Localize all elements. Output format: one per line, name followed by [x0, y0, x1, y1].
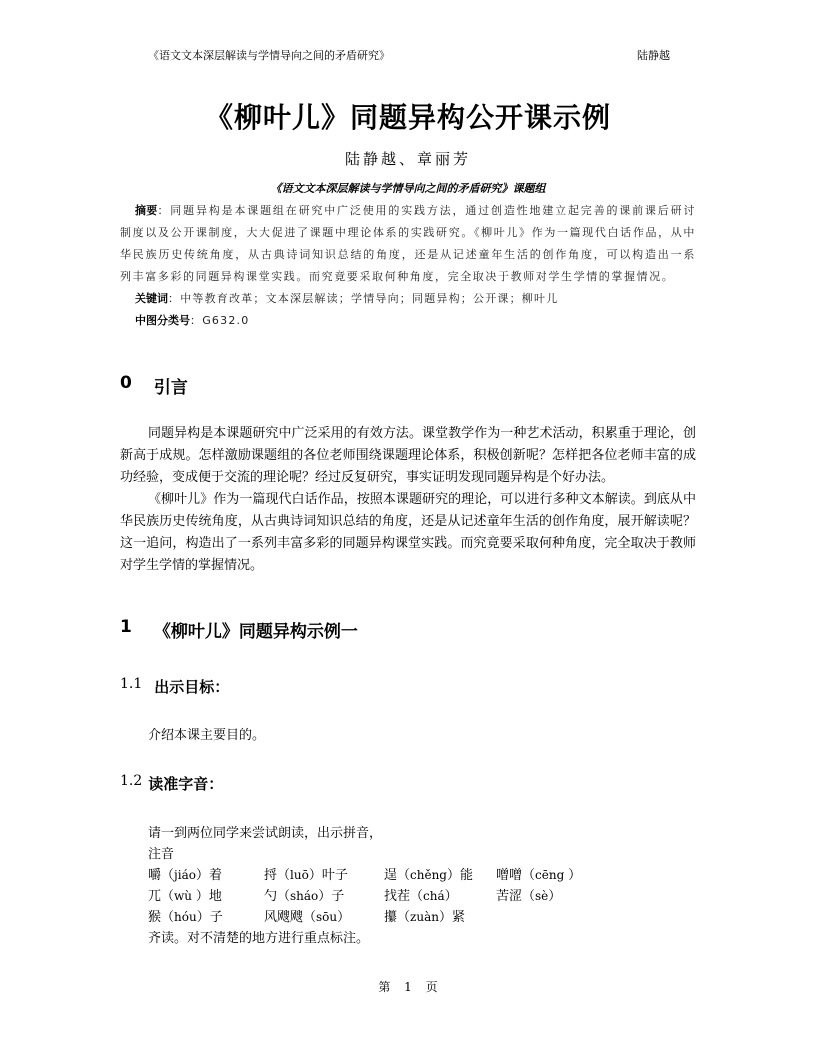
pinyin-item: 攥（zuàn）紧 [384, 907, 496, 928]
section-0-heading: 0 引言 [120, 373, 188, 398]
section-1-heading: 1 《柳叶儿》同题异构示例一 [120, 617, 358, 642]
classification-line: 中图分类号：G632.0 [120, 310, 696, 332]
classification-label: 中图分类号 [135, 314, 190, 327]
pinyin-exercise: 请一到两位同学来尝试朗读，出示拼音， 注音 嚼（jiáo）着 捋（luō）叶子 … [148, 823, 581, 949]
pinyin-item: 猴（hóu）子 [148, 907, 264, 928]
subsection-1-1-text: 介绍本课主要目的。 [148, 724, 265, 743]
section-title: 引言 [154, 373, 188, 398]
pinyin-row: 兀（wù ）地 勺（sháo）子 找茬（chá） 苦涩（sè） [148, 886, 581, 907]
page-number: 第 1 页 [0, 978, 816, 995]
abstract-block: 摘要：同题异构是本课题组在研究中广泛使用的实践方法，通过创造性地建立起完善的课前… [120, 200, 696, 332]
section-number: 0 [120, 373, 132, 398]
classification-value: ：G632.0 [190, 314, 249, 327]
header-author: 陆静越 [637, 47, 670, 63]
intro-paragraph-1: 同题异构是本课题研究中广泛采用的有效方法。课堂教学作为一种艺术活动，积累重于理论… [120, 423, 696, 489]
document-title: 《柳叶儿》同题异构公开课示例 [0, 96, 816, 136]
pinyin-item: 噌噌（cēng ） [496, 865, 581, 886]
section-number: 1 [120, 617, 132, 642]
pinyin-item: 风飕飕（sōu） [264, 907, 384, 928]
pinyin-item: 找茬（chá） [384, 886, 496, 907]
pinyin-item: 苦涩（sè） [496, 886, 561, 907]
research-group: 《语文文本深层解读与学情导向之间的矛盾研究》课题组 [0, 180, 816, 196]
header-series-title: 《语文文本深层解读与学情导向之间的矛盾研究》 [148, 47, 390, 63]
pinyin-intro: 请一到两位同学来尝试朗读，出示拼音， [148, 823, 581, 844]
pinyin-item: 捋（luō）叶子 [264, 865, 384, 886]
intro-paragraph-2: 《柳叶儿》作为一篇现代白话作品，按照本课题研究的理论，可以进行多种文本解读。到底… [120, 489, 696, 577]
abstract-label: 摘要 [135, 204, 157, 217]
section-title: 《柳叶儿》同题异构示例一 [154, 617, 358, 642]
abstract-text: ：同题异构是本课题组在研究中广泛使用的实践方法，通过创造性地建立起完善的课前课后… [120, 204, 696, 283]
pinyin-item: 勺（sháo）子 [264, 886, 384, 907]
pinyin-closing: 齐读。对不清楚的地方进行重点标注。 [148, 928, 581, 949]
pinyin-row: 猴（hóu）子 风飕飕（sōu） 攥（zuàn）紧 [148, 907, 581, 928]
authors: 陆静越、章丽芳 [0, 148, 816, 169]
pinyin-item: 兀（wù ）地 [148, 886, 264, 907]
subsection-1-1-heading: 1.1 出示目标： [120, 676, 229, 697]
subsection-1-2-heading: 1.2 读准字音： [120, 773, 223, 794]
page-header: 《语文文本深层解读与学情导向之间的矛盾研究》 陆静越 [148, 47, 670, 63]
pinyin-item: 嚼（jiáo）着 [148, 865, 264, 886]
pinyin-label: 注音 [148, 844, 581, 865]
subsection-number: 1.1 [120, 676, 142, 697]
keywords-label: 关键词 [135, 292, 168, 305]
pinyin-item: 逞（chěng）能 [384, 865, 496, 886]
pinyin-row: 嚼（jiáo）着 捋（luō）叶子 逞（chěng）能 噌噌（cēng ） [148, 865, 581, 886]
keywords-line: 关键词：中等教育改革；文本深层解读；学情导向；同题异构；公开课；柳叶儿 [120, 288, 696, 310]
abstract-paragraph: 摘要：同题异构是本课题组在研究中广泛使用的实践方法，通过创造性地建立起完善的课前… [120, 200, 696, 288]
subsection-title: 出示目标： [154, 676, 229, 697]
subsection-number: 1.2 [120, 773, 142, 794]
keywords-text: ：中等教育改革；文本深层解读；学情导向；同题异构；公开课；柳叶儿 [168, 292, 558, 305]
subsection-title: 读准字音： [148, 773, 223, 794]
intro-body: 同题异构是本课题研究中广泛采用的有效方法。课堂教学作为一种艺术活动，积累重于理论… [120, 423, 696, 577]
